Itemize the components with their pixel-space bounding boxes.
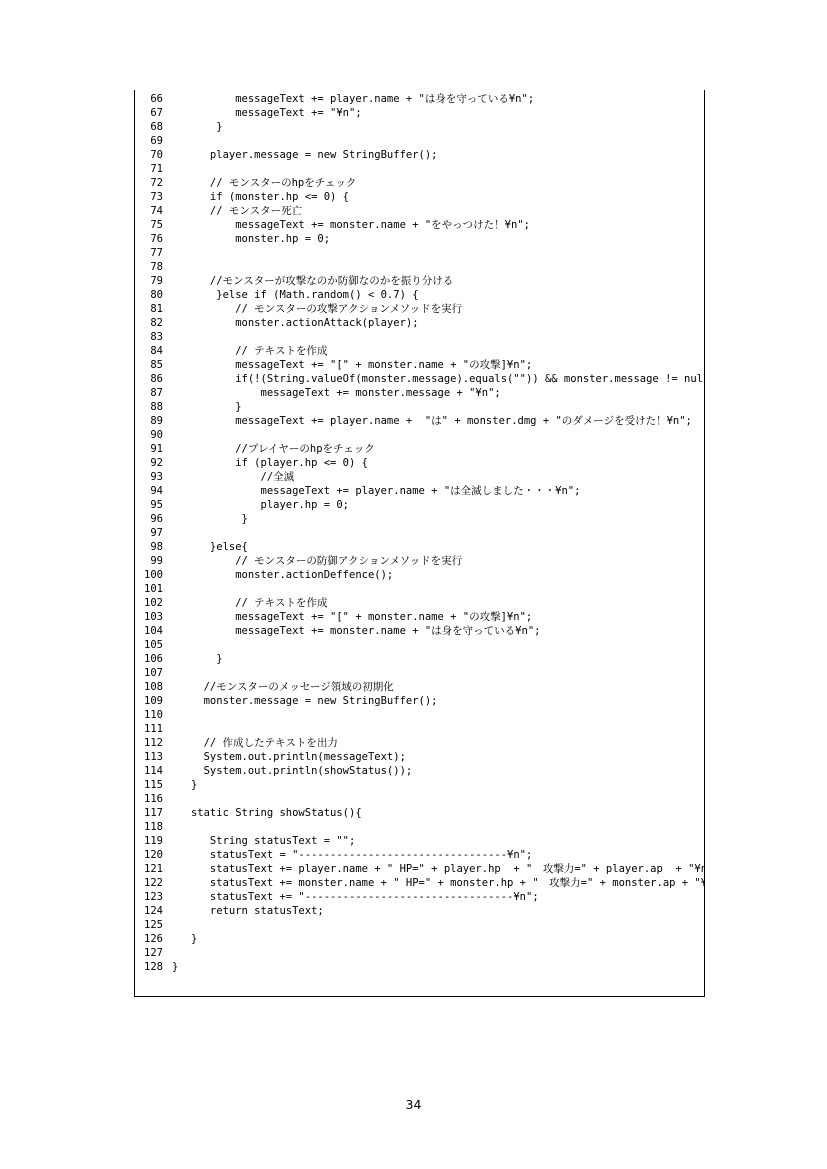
- code-line: 98 }else{: [135, 540, 704, 554]
- code-text: if (player.hp <= 0) {: [172, 456, 368, 470]
- code-line: 128}: [135, 960, 704, 974]
- line-number: 91: [135, 442, 163, 456]
- line-number: 108: [135, 680, 163, 694]
- code-line: 75 messageText += monster.name + "をやっつけた…: [135, 218, 704, 232]
- code-line: 108 //モンスターのメッセージ領域の初期化: [135, 680, 704, 694]
- code-text: monster.message = new StringBuffer();: [172, 694, 438, 708]
- document-page: { "page": { "number": "34" }, "code_list…: [0, 0, 827, 1169]
- line-number: 128: [135, 960, 163, 974]
- code-text: statusText += monster.name + " HP=" + mo…: [172, 876, 705, 890]
- line-number: 110: [135, 708, 163, 722]
- line-number: 89: [135, 414, 163, 428]
- code-line: 93 //全滅: [135, 470, 704, 484]
- line-number: 117: [135, 806, 163, 820]
- line-number: 114: [135, 764, 163, 778]
- code-text: messageText += monster.name + "をやっつけた！¥n…: [172, 218, 530, 232]
- page-number: 34: [0, 1097, 827, 1113]
- line-number: 79: [135, 274, 163, 288]
- line-number: 84: [135, 344, 163, 358]
- code-line: 109 monster.message = new StringBuffer()…: [135, 694, 704, 708]
- line-number: 99: [135, 554, 163, 568]
- line-number: 112: [135, 736, 163, 750]
- code-text: // モンスターの攻撃アクションメソッドを実行: [172, 302, 462, 316]
- code-line: 123 statusText += "---------------------…: [135, 890, 704, 904]
- code-text: System.out.println(messageText);: [172, 750, 406, 764]
- code-text: static String showStatus(){: [172, 806, 362, 820]
- code-text: // モンスターの防御アクションメソッドを実行: [172, 554, 462, 568]
- code-line: 115 }: [135, 778, 704, 792]
- line-number: 68: [135, 120, 163, 134]
- line-number: 78: [135, 260, 163, 274]
- line-number: 88: [135, 400, 163, 414]
- code-line: 88 }: [135, 400, 704, 414]
- code-text: if (monster.hp <= 0) {: [172, 190, 349, 204]
- code-line: 121 statusText += player.name + " HP=" +…: [135, 862, 704, 876]
- line-number: 69: [135, 134, 163, 148]
- code-text: messageText += monster.name + "は身を守っている¥…: [172, 624, 540, 638]
- code-text: // モンスター死亡: [172, 204, 302, 218]
- code-line: 127: [135, 946, 704, 960]
- code-text: // テキストを作成: [172, 596, 327, 610]
- code-line: 101: [135, 582, 704, 596]
- code-line: 118: [135, 820, 704, 834]
- code-text: statusText = "--------------------------…: [172, 848, 532, 862]
- code-line: 78: [135, 260, 704, 274]
- code-text: statusText += player.name + " HP=" + pla…: [172, 862, 705, 876]
- line-number: 82: [135, 316, 163, 330]
- line-number: 105: [135, 638, 163, 652]
- line-number: 116: [135, 792, 163, 806]
- code-text: // モンスターのhpをチェック: [172, 176, 356, 190]
- code-text: System.out.println(showStatus());: [172, 764, 412, 778]
- code-listing-frame: 66 messageText += player.name + "は身を守ってい…: [134, 90, 705, 997]
- code-line: 111: [135, 722, 704, 736]
- code-line: 102 // テキストを作成: [135, 596, 704, 610]
- line-number: 81: [135, 302, 163, 316]
- code-text: }else{: [172, 540, 248, 554]
- line-number: 121: [135, 862, 163, 876]
- line-number: 70: [135, 148, 163, 162]
- line-number: 103: [135, 610, 163, 624]
- code-text: }: [172, 120, 223, 134]
- code-text: monster.actionDeffence();: [172, 568, 393, 582]
- line-number: 76: [135, 232, 163, 246]
- code-line: 89 messageText += player.name + "は" + mo…: [135, 414, 704, 428]
- code-line: 122 statusText += monster.name + " HP=" …: [135, 876, 704, 890]
- code-line: 114 System.out.println(showStatus());: [135, 764, 704, 778]
- code-line: 67 messageText += "¥n";: [135, 106, 704, 120]
- line-number: 83: [135, 330, 163, 344]
- code-line: 83: [135, 330, 704, 344]
- line-number: 126: [135, 932, 163, 946]
- code-line: 69: [135, 134, 704, 148]
- line-number: 115: [135, 778, 163, 792]
- line-number: 109: [135, 694, 163, 708]
- code-text: }: [172, 778, 197, 792]
- code-line: 77: [135, 246, 704, 260]
- code-line: 100 monster.actionDeffence();: [135, 568, 704, 582]
- line-number: 106: [135, 652, 163, 666]
- line-number: 120: [135, 848, 163, 862]
- code-text: }else if (Math.random() < 0.7) {: [172, 288, 419, 302]
- code-line: 116: [135, 792, 704, 806]
- code-line: 120 statusText = "----------------------…: [135, 848, 704, 862]
- code-line: 103 messageText += "[" + monster.name + …: [135, 610, 704, 624]
- line-number: 113: [135, 750, 163, 764]
- code-line: 72 // モンスターのhpをチェック: [135, 176, 704, 190]
- line-number: 92: [135, 456, 163, 470]
- code-text: messageText += monster.message + "¥n";: [172, 386, 501, 400]
- line-number: 127: [135, 946, 163, 960]
- line-number: 87: [135, 386, 163, 400]
- line-number: 123: [135, 890, 163, 904]
- line-number: 93: [135, 470, 163, 484]
- line-number: 100: [135, 568, 163, 582]
- code-line: 68 }: [135, 120, 704, 134]
- code-text: monster.actionAttack(player);: [172, 316, 419, 330]
- code-text: if(!(String.valueOf(monster.message).equ…: [172, 372, 705, 386]
- line-number: 74: [135, 204, 163, 218]
- code-line: 94 messageText += player.name + "は全滅しました…: [135, 484, 704, 498]
- line-number: 94: [135, 484, 163, 498]
- code-line: 92 if (player.hp <= 0) {: [135, 456, 704, 470]
- line-number: 72: [135, 176, 163, 190]
- code-line: 76 monster.hp = 0;: [135, 232, 704, 246]
- code-line: 82 monster.actionAttack(player);: [135, 316, 704, 330]
- code-text: messageText += player.name + "は" + monst…: [172, 414, 692, 428]
- line-number: 77: [135, 246, 163, 260]
- line-number: 71: [135, 162, 163, 176]
- code-line: 79 //モンスターが攻撃なのか防御なのかを振り分ける: [135, 274, 704, 288]
- line-number: 66: [135, 92, 163, 106]
- code-text: //モンスターのメッセージ領域の初期化: [172, 680, 394, 694]
- line-number: 119: [135, 834, 163, 848]
- code-text: // テキストを作成: [172, 344, 327, 358]
- line-number: 90: [135, 428, 163, 442]
- code-line: 95 player.hp = 0;: [135, 498, 704, 512]
- line-number: 96: [135, 512, 163, 526]
- code-text: monster.hp = 0;: [172, 232, 330, 246]
- line-number: 73: [135, 190, 163, 204]
- code-line: 86 if(!(String.valueOf(monster.message).…: [135, 372, 704, 386]
- code-text: }: [172, 932, 197, 946]
- line-number: 98: [135, 540, 163, 554]
- line-number: 124: [135, 904, 163, 918]
- code-text: }: [172, 512, 248, 526]
- code-line: 97: [135, 526, 704, 540]
- line-number: 67: [135, 106, 163, 120]
- code-text: messageText += "¥n";: [172, 106, 362, 120]
- code-line: 96 }: [135, 512, 704, 526]
- code-text: return statusText;: [172, 904, 324, 918]
- code-line: 70 player.message = new StringBuffer();: [135, 148, 704, 162]
- code-line: 126 }: [135, 932, 704, 946]
- code-lines: 66 messageText += player.name + "は身を守ってい…: [135, 92, 704, 974]
- code-line: 105: [135, 638, 704, 652]
- code-line: 110: [135, 708, 704, 722]
- line-number: 97: [135, 526, 163, 540]
- line-number: 125: [135, 918, 163, 932]
- code-text: //プレイヤーのhpをチェック: [172, 442, 375, 456]
- line-number: 101: [135, 582, 163, 596]
- code-text: }: [172, 652, 223, 666]
- line-number: 75: [135, 218, 163, 232]
- code-text: //全滅: [172, 470, 294, 484]
- code-line: 84 // テキストを作成: [135, 344, 704, 358]
- code-text: }: [172, 960, 178, 974]
- code-text: String statusText = "";: [172, 834, 355, 848]
- line-number: 86: [135, 372, 163, 386]
- code-line: 91 //プレイヤーのhpをチェック: [135, 442, 704, 456]
- code-line: 124 return statusText;: [135, 904, 704, 918]
- code-line: 81 // モンスターの攻撃アクションメソッドを実行: [135, 302, 704, 316]
- code-text: player.hp = 0;: [172, 498, 349, 512]
- line-number: 102: [135, 596, 163, 610]
- code-line: 73 if (monster.hp <= 0) {: [135, 190, 704, 204]
- code-text: // 作成したテキストを出力: [172, 736, 338, 750]
- code-line: 125: [135, 918, 704, 932]
- code-line: 107: [135, 666, 704, 680]
- code-line: 85 messageText += "[" + monster.name + "…: [135, 358, 704, 372]
- line-number: 85: [135, 358, 163, 372]
- code-text: messageText += "[" + monster.name + "の攻撃…: [172, 358, 532, 372]
- code-line: 113 System.out.println(messageText);: [135, 750, 704, 764]
- code-line: 106 }: [135, 652, 704, 666]
- code-text: //モンスターが攻撃なのか防御なのかを振り分ける: [172, 274, 453, 288]
- code-line: 112 // 作成したテキストを出力: [135, 736, 704, 750]
- code-line: 99 // モンスターの防御アクションメソッドを実行: [135, 554, 704, 568]
- code-text: statusText += "-------------------------…: [172, 890, 539, 904]
- code-text: }: [172, 400, 242, 414]
- code-text: messageText += "[" + monster.name + "の攻撃…: [172, 610, 532, 624]
- code-line: 71: [135, 162, 704, 176]
- line-number: 95: [135, 498, 163, 512]
- code-text: messageText += player.name + "は全滅しました・・・…: [172, 484, 580, 498]
- code-text: player.message = new StringBuffer();: [172, 148, 438, 162]
- code-line: 74 // モンスター死亡: [135, 204, 704, 218]
- line-number: 122: [135, 876, 163, 890]
- line-number: 104: [135, 624, 163, 638]
- code-line: 66 messageText += player.name + "は身を守ってい…: [135, 92, 704, 106]
- code-line: 90: [135, 428, 704, 442]
- line-number: 107: [135, 666, 163, 680]
- code-line: 117 static String showStatus(){: [135, 806, 704, 820]
- code-line: 119 String statusText = "";: [135, 834, 704, 848]
- code-text: messageText += player.name + "は身を守っている¥n…: [172, 92, 534, 106]
- code-line: 80 }else if (Math.random() < 0.7) {: [135, 288, 704, 302]
- code-line: 87 messageText += monster.message + "¥n"…: [135, 386, 704, 400]
- line-number: 118: [135, 820, 163, 834]
- line-number: 111: [135, 722, 163, 736]
- code-line: 104 messageText += monster.name + "は身を守っ…: [135, 624, 704, 638]
- line-number: 80: [135, 288, 163, 302]
